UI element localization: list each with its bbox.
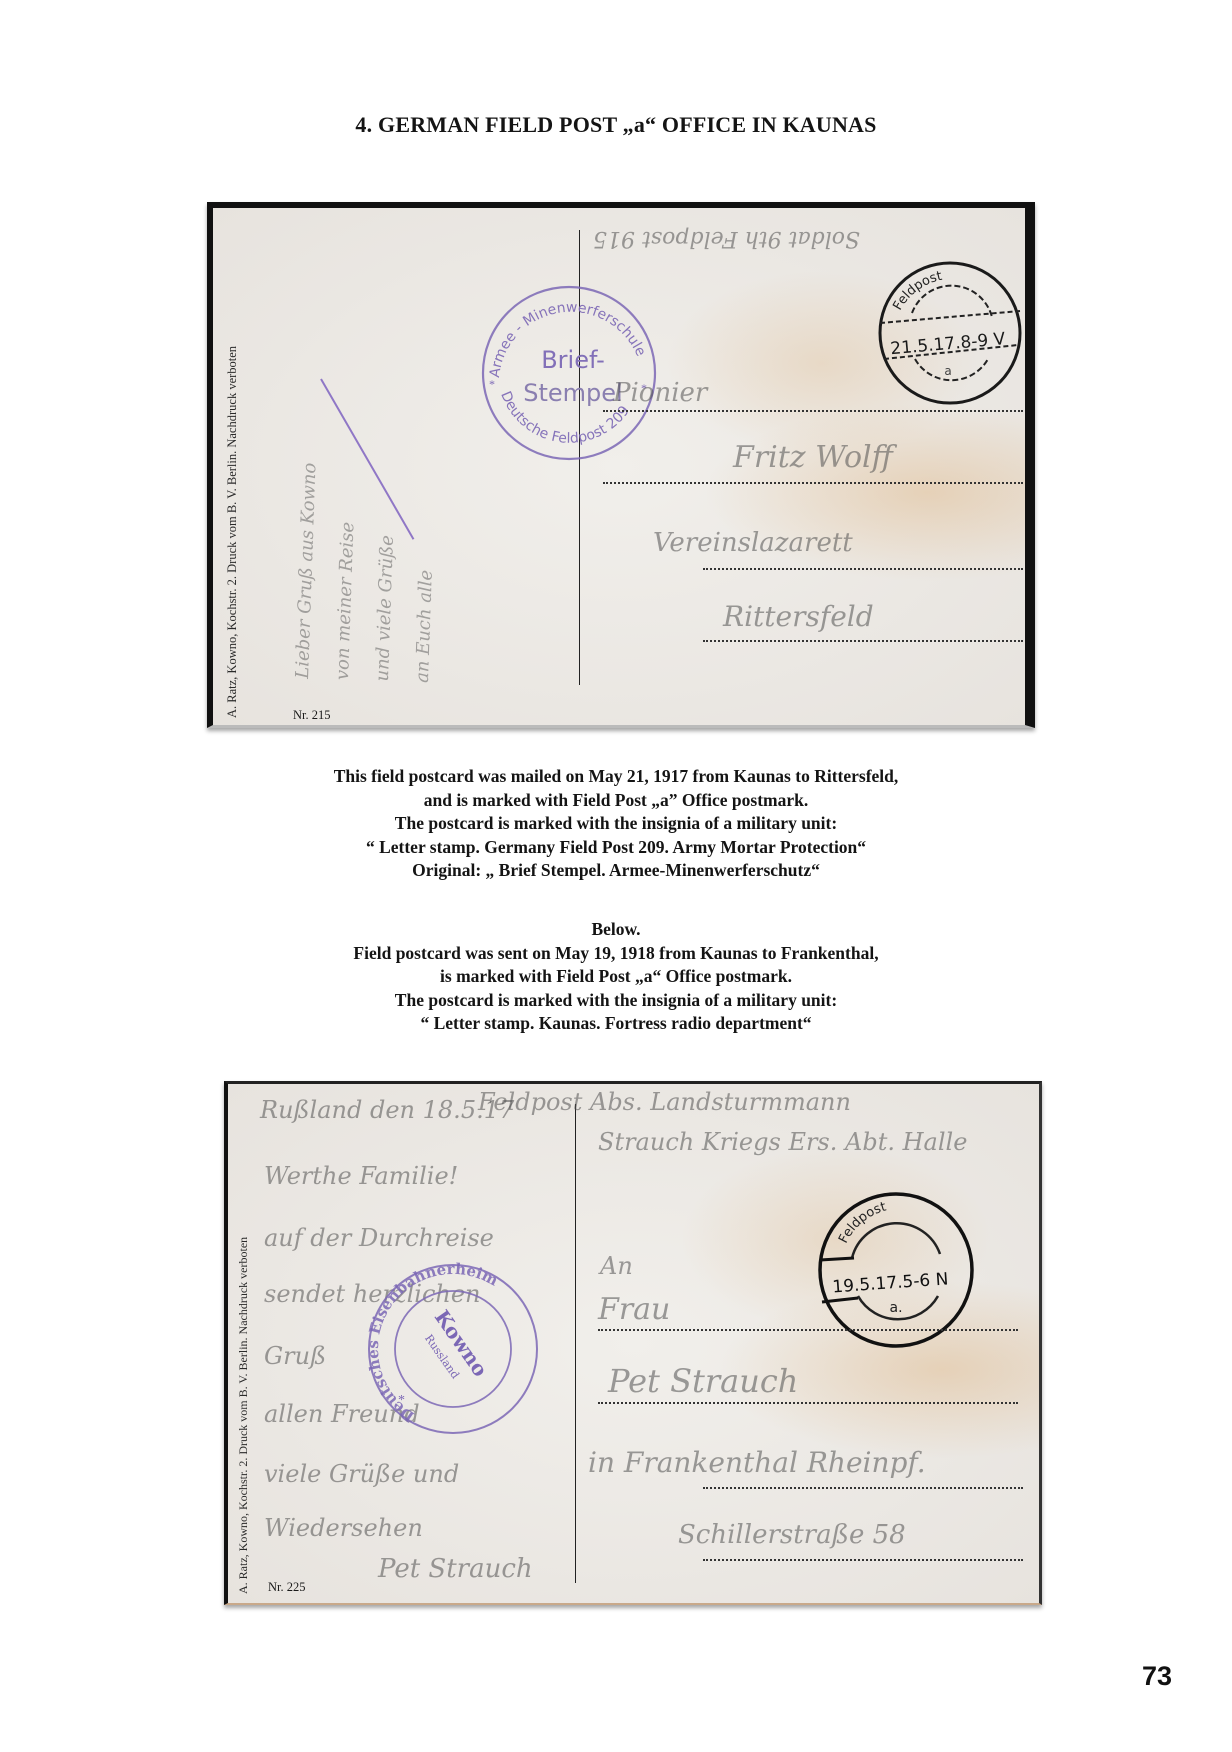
card-number: Nr. 225 bbox=[268, 1580, 306, 1595]
svg-text:a.: a. bbox=[889, 1300, 902, 1316]
handwritten-message: Lieber Gruß aus Kowno von meiner Reise u… bbox=[283, 462, 450, 684]
svg-text:*: * bbox=[489, 377, 495, 391]
svg-text:Deutsches Eisenbahnerheim: Deutsches Eisenbahnerheim bbox=[331, 1227, 502, 1429]
page-number: 73 bbox=[1142, 1661, 1172, 1692]
address-line-4 bbox=[703, 1559, 1023, 1561]
address-text: Vereinslazarett bbox=[653, 528, 853, 558]
address-text: in Frankenthal Rheinpf. bbox=[588, 1446, 926, 1479]
feldpost-postmark: Feldpost 21.5.17.8-9 V a bbox=[860, 251, 1030, 411]
address-line-1 bbox=[603, 410, 1023, 412]
postcard-1917: A. Ratz, Kowno, Kochstr. 2. Druck vom B.… bbox=[207, 202, 1035, 728]
postcard-1918: A. Ratz, Kowno, Kochstr. 2. Druck vom B.… bbox=[224, 1081, 1042, 1605]
svg-text:Brief-: Brief- bbox=[541, 346, 605, 374]
publisher-imprint: A. Ratz, Kowno, Kochstr. 2. Druck vom B.… bbox=[225, 346, 240, 718]
address-text: Pet Strauch bbox=[608, 1362, 798, 1400]
handwritten-sender: Feldpost Abs. Landsturmmann bbox=[478, 1088, 851, 1116]
card-divider bbox=[575, 1104, 576, 1583]
address-text: Pionier bbox=[613, 378, 707, 408]
unit-stamp: Armee - Minenwerferschule Deutsche Feldp… bbox=[469, 268, 669, 468]
address-text: Schillerstraße 58 bbox=[678, 1520, 906, 1550]
card-number: Nr. 215 bbox=[293, 708, 331, 723]
address-text: An bbox=[600, 1252, 633, 1280]
address-text: Frau bbox=[598, 1292, 670, 1327]
address-line-3 bbox=[703, 568, 1023, 570]
address-line-4 bbox=[703, 640, 1023, 642]
handwritten-sender: Strauch Kriegs Ers. Abt. Halle bbox=[598, 1128, 967, 1156]
svg-text:21.5.17.8-9 V: 21.5.17.8-9 V bbox=[890, 329, 1007, 359]
handwritten-sender: Soldat 9th Feldpost 915 bbox=[593, 226, 860, 251]
svg-text:a: a bbox=[944, 364, 951, 378]
caption-first: This field postcard was mailed on May 21… bbox=[0, 765, 1232, 883]
address-text: Fritz Wolff bbox=[733, 440, 893, 475]
svg-text:Stempel: Stempel bbox=[523, 379, 622, 407]
page-title: 4. GERMAN FIELD POST „a“ OFFICE IN KAUNA… bbox=[0, 112, 1232, 138]
svg-text:*: * bbox=[398, 1393, 405, 1408]
address-line-2 bbox=[598, 1402, 1018, 1404]
publisher-imprint: A. Ratz, Kowno, Kochstr. 2. Druck vom B.… bbox=[236, 1237, 251, 1594]
address-line-2 bbox=[603, 482, 1023, 484]
address-line-3 bbox=[703, 1487, 1023, 1489]
address-text: Rittersfeld bbox=[723, 600, 874, 633]
address-line-1 bbox=[598, 1329, 1018, 1331]
unit-stamp: Deutsches Eisenbahnerheim Kowno Russland… bbox=[358, 1254, 548, 1444]
svg-text:Feldpost: Feldpost bbox=[890, 269, 943, 313]
caption-second: Below. Field postcard was sent on May 19… bbox=[0, 918, 1232, 1036]
svg-text:19.5.17.5-6 N: 19.5.17.5-6 N bbox=[832, 1269, 949, 1297]
